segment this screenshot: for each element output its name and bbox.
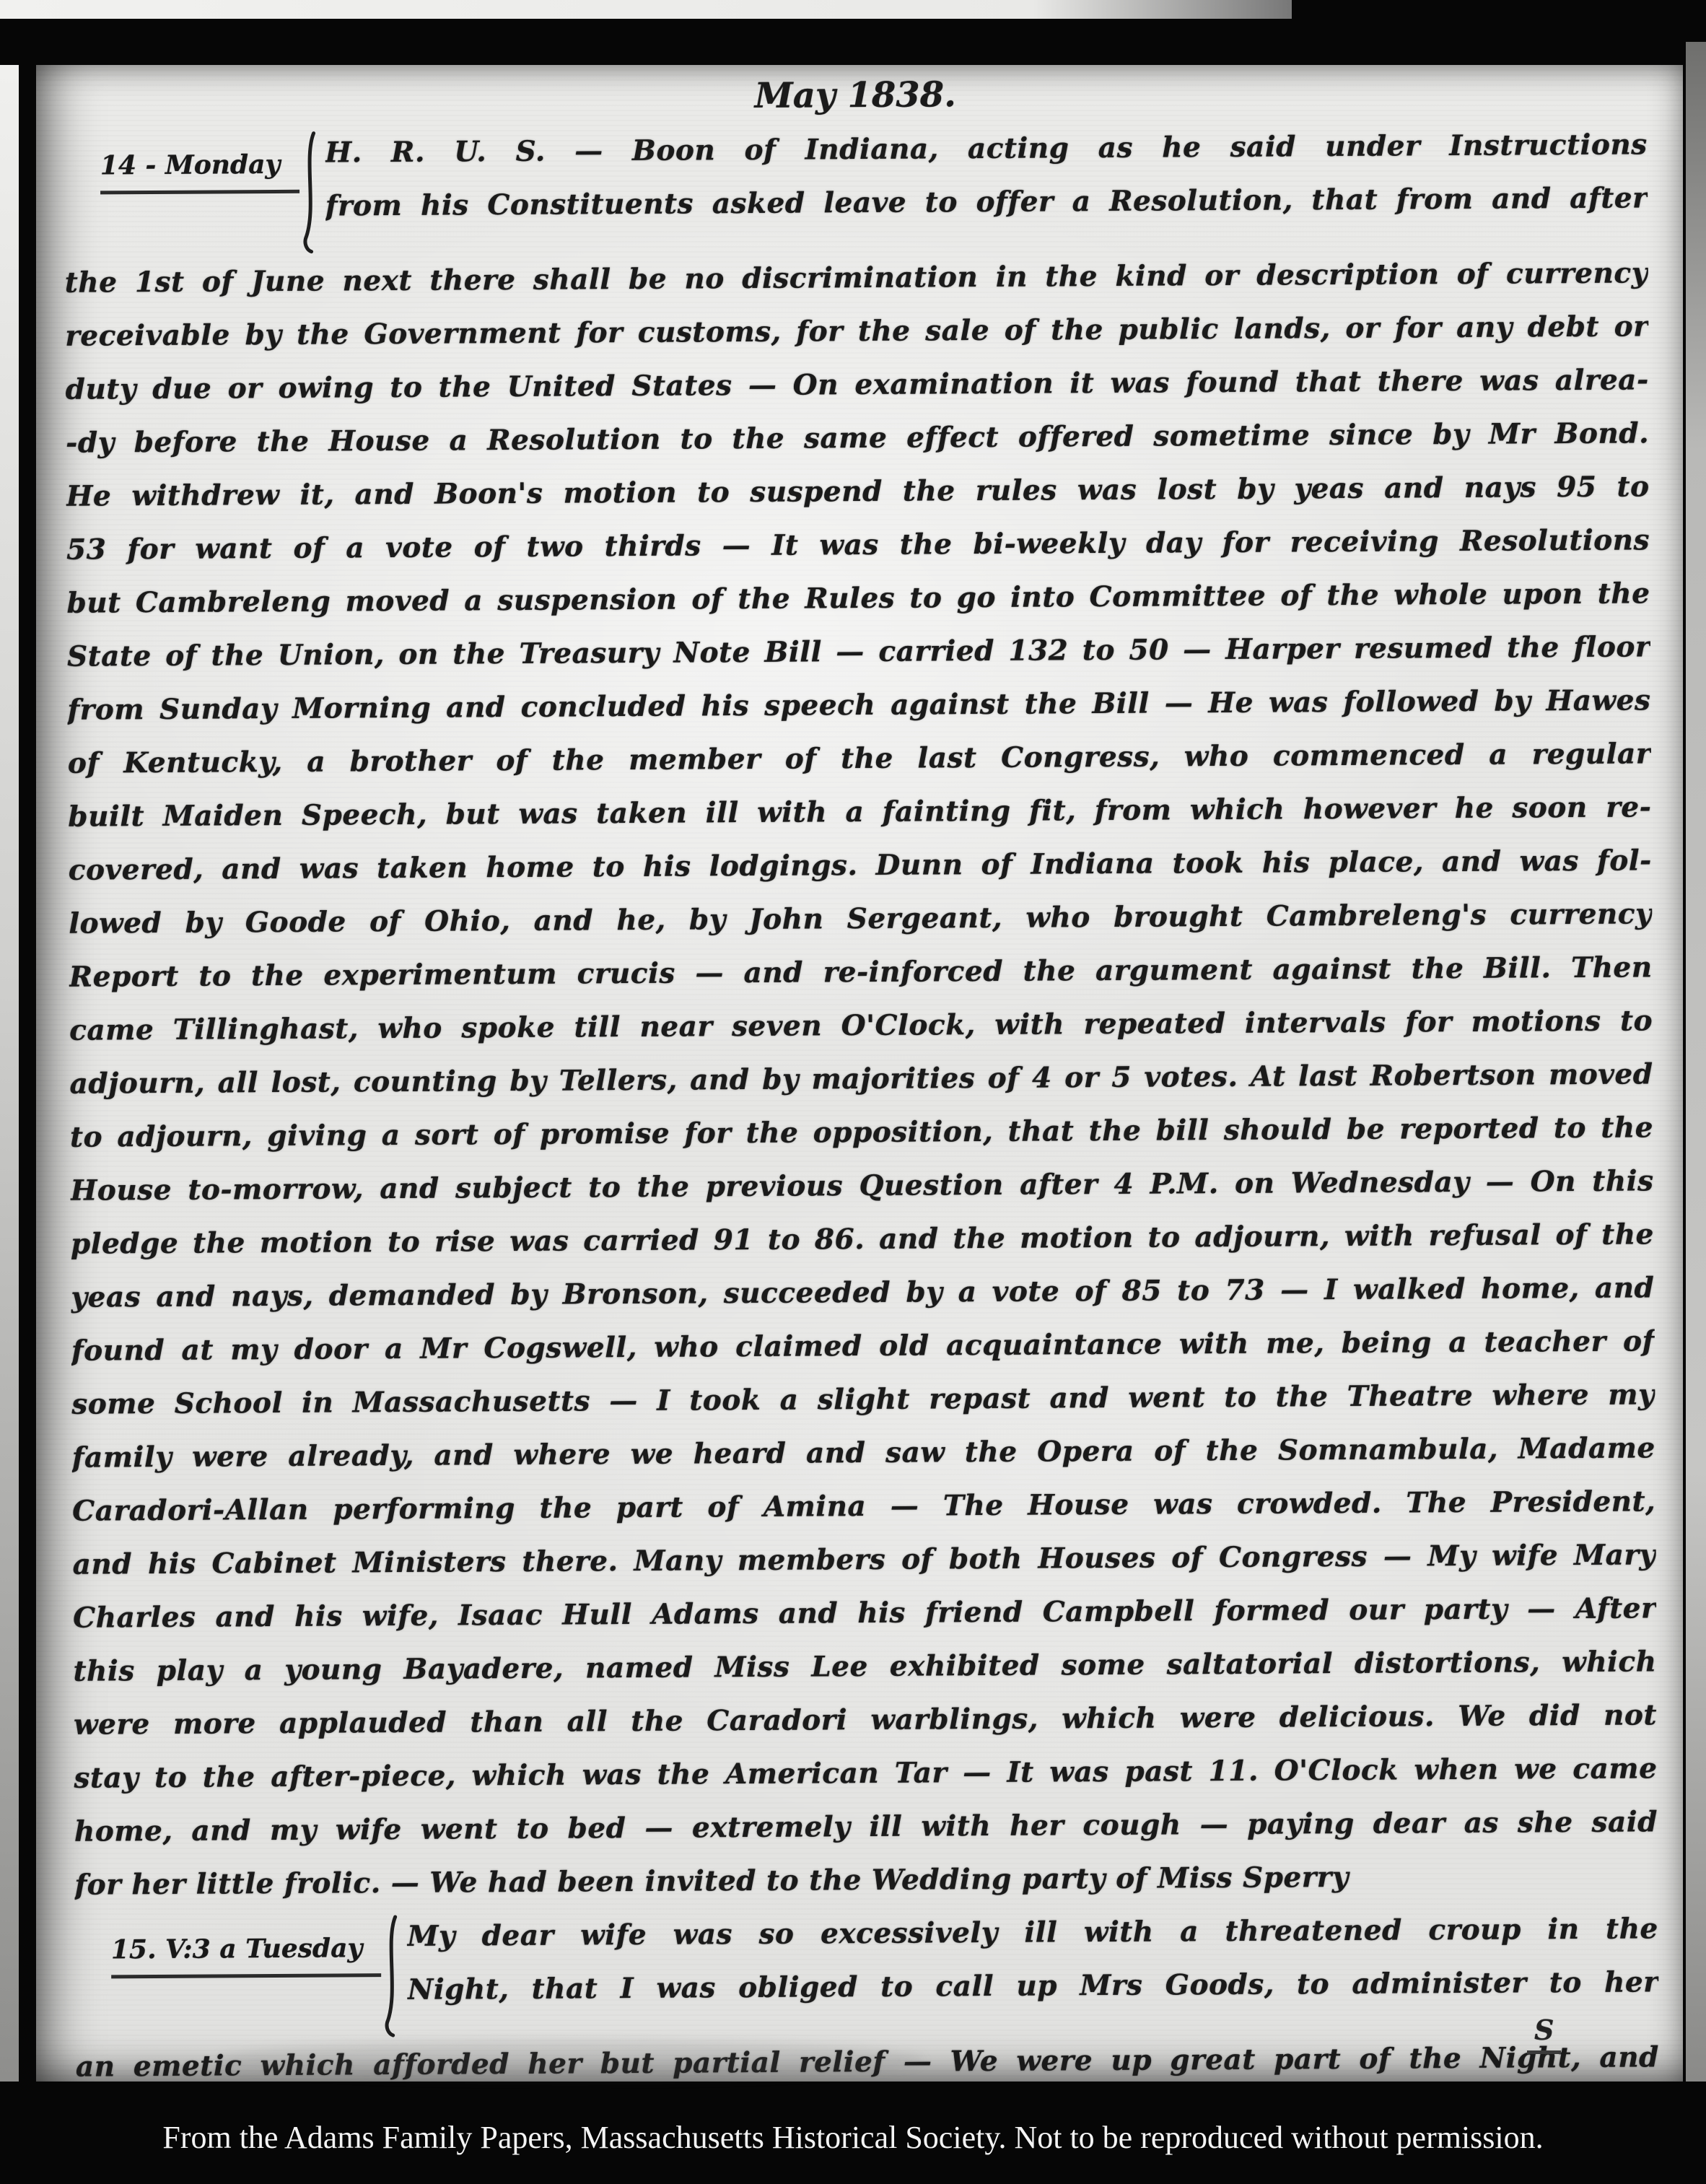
manuscript-line: the 1st of June next there shall be no d… — [65, 246, 1648, 309]
entry-date-label-col: 14 - Monday — [100, 126, 299, 195]
entry-may-14-head: 14 - Monday H. R. U. S. — Boon of Indian… — [64, 118, 1648, 255]
manuscript-line: Night, that I was obliged to call up Mrs… — [408, 1955, 1659, 2017]
manuscript-line: some School in Massachusetts — I took a … — [71, 1368, 1655, 1430]
manuscript-line: to adjourn, giving a sort of promise for… — [70, 1101, 1653, 1163]
entry-date-label: 14 - Monday — [100, 149, 299, 195]
manuscript-line: were more applauded than all the Carador… — [74, 1688, 1657, 1751]
manuscript-line: -dy before the House a Resolution to the… — [66, 406, 1649, 469]
manuscript-line: duty due or owing to the United States —… — [66, 353, 1649, 416]
manuscript-line: but Cambreleng moved a suspension of the… — [66, 567, 1650, 629]
entry-opening-lines: My dear wife was so excessively ill with… — [407, 1902, 1658, 2017]
manuscript-line: from his Constituents asked leave to off… — [325, 171, 1648, 232]
archive-caption: From the Adams Family Papers, Massachuse… — [0, 2119, 1706, 2156]
scan-edge-sliver-left — [0, 65, 19, 2082]
manuscript-line: came Tillinghast, who spoke till near se… — [69, 994, 1653, 1057]
manuscript-line: stay to the after-piece, which was the A… — [74, 1742, 1657, 1804]
diary-paper-sheet: May 1838. 14 - Monday H. R. U. S. — Boon… — [36, 65, 1683, 2082]
manuscript-line: of Kentucky, a brother of the member of … — [68, 727, 1651, 790]
manuscript-line: and his Cabinet Ministers there. Many me… — [72, 1528, 1655, 1591]
entry-brace-icon — [381, 1910, 408, 2038]
manuscript-line: lowed by Goode of Ohio, and he, by John … — [69, 887, 1652, 950]
entry-date-label: 15. V:3 a Tuesday — [111, 1933, 382, 1978]
entry-may-14: 14 - Monday H. R. U. S. — Boon of Indian… — [64, 118, 1658, 1911]
entry-opening-lines: H. R. U. S. — Boon of Indiana, acting as… — [325, 118, 1648, 232]
manuscript-line: My dear wife was so excessively ill with… — [407, 1902, 1658, 1963]
manuscript-line: home, and my wife went to bed — extremel… — [74, 1795, 1658, 1858]
manuscript-line: built Maiden Speech, but was taken ill w… — [68, 780, 1651, 843]
manuscript-line: Caradori-Allan performing the part of Am… — [72, 1475, 1655, 1537]
manuscript-line: found at my door a Mr Cogswell, who clai… — [71, 1314, 1655, 1377]
manuscript-line: Report to the experimentum crucis — and … — [69, 940, 1652, 1003]
manuscript-line: He withdrew it, and Boon's motion to sus… — [66, 460, 1649, 523]
bleedthrough-smudge — [216, 2040, 924, 2080]
manuscript-line: receivable by the Government for customs… — [65, 300, 1648, 362]
manuscript-line: adjourn, all lost, counting by Tellers, … — [69, 1047, 1653, 1110]
manuscript-line: 53 for want of a vote of two thirds — It… — [66, 513, 1650, 576]
manuscript-line: yeas and nays, demanded by Bronson, succ… — [71, 1261, 1654, 1324]
entry-brace-icon — [299, 126, 325, 255]
manuscript-line: family were already, and where we heard … — [72, 1421, 1655, 1484]
entry-may-15-head: 15. V:3 a Tuesday My dear wife was so ex… — [75, 1902, 1659, 2040]
manuscript-line: Charles and his wife, Isaac Hull Adams a… — [73, 1581, 1656, 1644]
page-mark: S — [1527, 2014, 1561, 2054]
manuscript-line: covered, and was taken home to his lodgi… — [69, 834, 1652, 896]
manuscript-line: for her little frolic. — We had been inv… — [74, 1848, 1658, 1911]
scan-edge-sliver-top — [0, 0, 1292, 19]
manuscript-line: from Sunday Morning and concluded his sp… — [67, 673, 1650, 736]
entry-body-lines: the 1st of June next there shall be no d… — [65, 246, 1658, 1911]
manuscript-text-block: May 1838. 14 - Monday H. R. U. S. — Boon… — [36, 60, 1695, 2094]
manuscript-line: this play a young Bayadere, named Miss L… — [73, 1635, 1656, 1698]
manuscript-line: House to-morrow, and subject to the prev… — [70, 1154, 1653, 1217]
page-date-heading: May 1838. — [64, 63, 1647, 127]
manuscript-line: H. R. U. S. — Boon of Indiana, acting as… — [325, 118, 1648, 179]
manuscript-line: pledge the motion to rise was carried 91… — [71, 1207, 1654, 1270]
manuscript-scan-page: May 1838. 14 - Monday H. R. U. S. — Boon… — [0, 0, 1706, 2184]
entry-date-label-col: 15. V:3 a Tuesday — [111, 1910, 382, 1978]
manuscript-line: State of the Union, on the Treasury Note… — [67, 620, 1650, 683]
